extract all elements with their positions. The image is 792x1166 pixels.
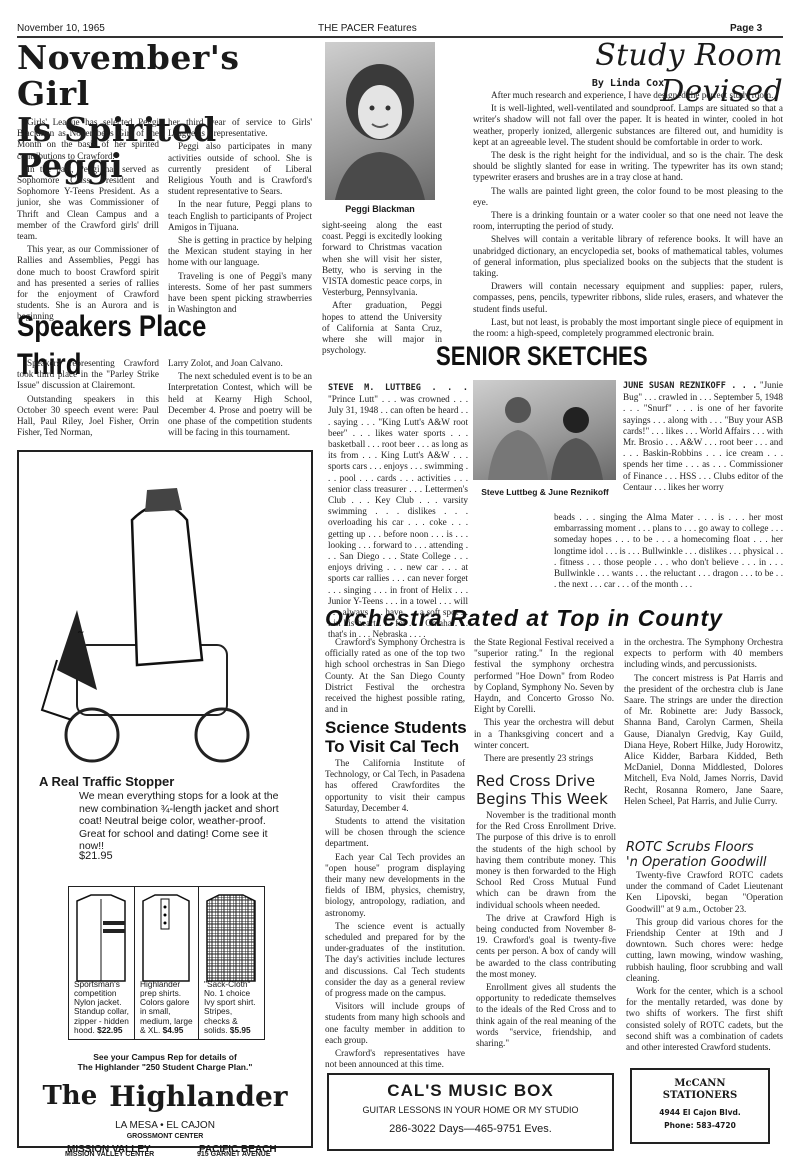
study-room-body: After much research and experience, I ha… — [473, 90, 783, 341]
shirt-item-desc: "Sack-Cloth" No. 1 choice Ivy sport shir… — [204, 980, 259, 1035]
jacket-illustration: ~ — [37, 460, 297, 770]
ad-body: We mean everything stops for a look at t… — [79, 790, 294, 853]
ad-title: A Real Traffic Stopper — [39, 774, 174, 789]
shirt-item-jacket: Sportsman's competition Nylon jacket. St… — [69, 887, 135, 1039]
issue-date: November 10, 1965 — [17, 23, 105, 34]
seniors-illustration — [473, 380, 616, 480]
june-sketch-bottom: beads . . . singing the Alma Mater . . .… — [554, 512, 783, 590]
location-right-sub: 915 GARNET AVENUE — [197, 1151, 271, 1158]
november-girl-col3: sight-seeing along the east coast. Peggi… — [322, 220, 442, 358]
rotc-headline: ROTC Scrubs Floors 'n Operation Goodwill — [626, 840, 786, 870]
prep-shirt-icon — [139, 891, 193, 983]
orchestra-col3: in the orchestra. The Symphony Orchestra… — [624, 637, 783, 809]
speakers-col1: Speakers representing Crawford took thir… — [17, 358, 159, 440]
orchestra-col2: the State Regional Festival received a "… — [474, 637, 614, 766]
cal-tech-headline: Science Students To Visit Cal Tech — [325, 718, 470, 756]
rotc-body: Twenty-five Crawford ROTC cadets under t… — [626, 870, 783, 1055]
music-box-subtitle: GUITAR LESSONS IN YOUR HOME OR MY STUDIO — [329, 1105, 612, 1115]
ad-jacket-price: $21.95 — [79, 850, 113, 862]
study-room-byline: By Linda Cox — [473, 78, 783, 89]
stationers-phone: Phone: 583-4720 — [632, 1121, 768, 1130]
shirt-item-sackcloth: "Sack-Cloth" No. 1 choice Ivy sport shir… — [199, 887, 264, 1039]
nylon-jacket-icon — [73, 891, 129, 983]
music-box-ad: CAL'S MUSIC BOX GUITAR LESSONS IN YOUR H… — [327, 1073, 614, 1151]
stationers-name: McCANN STATIONERS — [632, 1078, 768, 1102]
plaid-shirt-icon — [203, 891, 259, 983]
shirt-grid: Sportsman's competition Nylon jacket. St… — [68, 886, 265, 1040]
peggi-photo — [325, 42, 435, 200]
location-left-sub: MISSION VALLEY CENTER — [65, 1151, 154, 1158]
location-main-sub: GROSSMONT CENTER — [19, 1133, 311, 1140]
music-box-phones: 286-3022 Days—465-9751 Eves. — [329, 1123, 612, 1135]
stationers-address: 4944 El Cajon Blvd. — [632, 1108, 768, 1117]
seniors-photo-caption: Steve Luttbeg & June Reznikoff — [470, 487, 620, 497]
location-main: LA MESA • EL CAJON — [19, 1120, 311, 1131]
senior-sketches-headline: SENIOR SKETCHES — [436, 340, 648, 372]
stationers-ad: McCANN STATIONERS 4944 El Cajon Blvd. Ph… — [630, 1068, 770, 1144]
cal-tech-body: The California Institute of Technology, … — [325, 758, 465, 1072]
page-number: Page 3 — [730, 23, 762, 34]
music-box-title: CAL'S MUSIC BOX — [329, 1081, 612, 1101]
seniors-photo — [473, 380, 616, 480]
orchestra-headline: Orchestra Rated at Top in County — [325, 604, 785, 632]
november-girl-col1: Girls' League has selected Peggi Blackma… — [17, 117, 159, 325]
steve-sketch: STEVE M. LUTTBEG . . . "Prince Lutt" . .… — [328, 382, 468, 641]
november-girl-col2: her third year of service to Girls' Leag… — [168, 117, 312, 317]
highlander-logo: The Highlander — [45, 1074, 285, 1118]
peggi-photo-caption: Peggi Blackman — [325, 204, 435, 214]
speakers-col2: Larry Zolot, and Joan Calvano. The next … — [168, 358, 312, 440]
red-cross-headline: Red Cross Drive Begins This Week — [476, 772, 616, 808]
svg-text:~: ~ — [77, 628, 85, 638]
shirt-item-desc: Sportsman's competition Nylon jacket. St… — [74, 980, 129, 1035]
shirt-item-desc: Highlander prep shirts. Colors galore in… — [140, 980, 193, 1035]
portrait-illustration — [325, 42, 435, 200]
red-cross-body: November is the traditional month for th… — [476, 810, 616, 1051]
highlander-ad: ~ A Real Traffic Stopper We mean everyth… — [17, 450, 313, 1148]
campus-rep-note: See your Campus Rep for details of The H… — [19, 1052, 311, 1072]
shirt-item-prep: Highlander prep shirts. Colors galore in… — [135, 887, 199, 1039]
june-sketch-top: JUNE SUSAN REZNIKOFF . . . "Junie Bug" .… — [623, 380, 783, 493]
paper-section-title: THE PACER Features — [318, 23, 417, 34]
orchestra-col1: Crawford's Symphony Orchestra is officia… — [325, 637, 465, 717]
